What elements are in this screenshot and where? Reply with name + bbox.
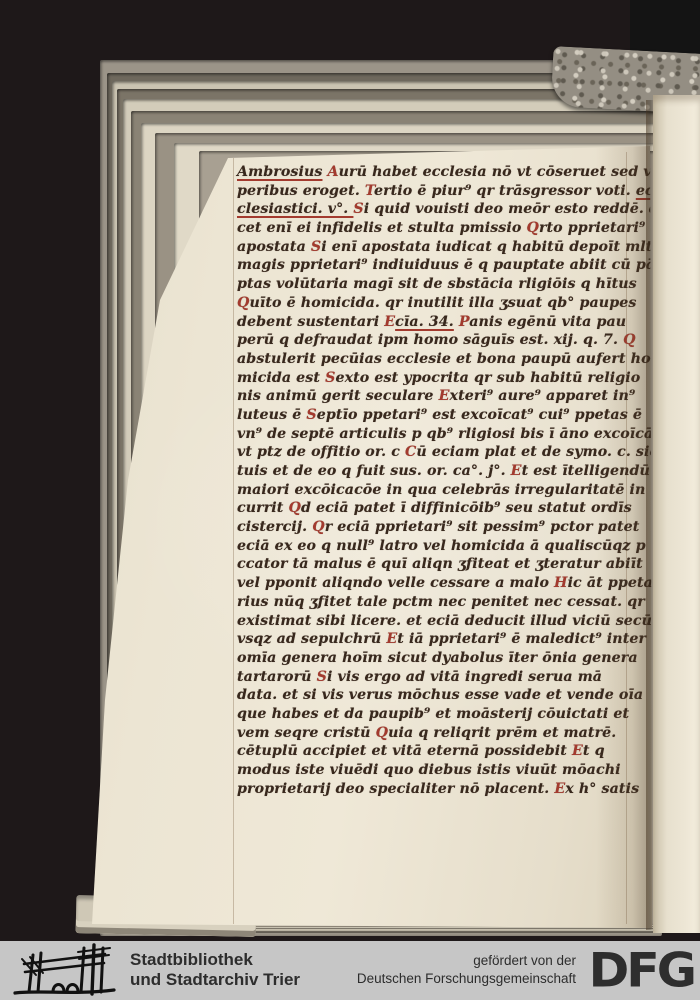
rubric-initial: Q bbox=[526, 220, 538, 236]
rubric-initial: S bbox=[306, 407, 316, 423]
manuscript-text: apostata bbox=[237, 239, 311, 255]
rubric-initial: E bbox=[554, 781, 565, 797]
manuscript-line: vem seqre cristū Quia q reliqrit prēm et… bbox=[237, 724, 627, 743]
manuscript-text: eciā ex eo q null⁹ latro vel homicida ā … bbox=[237, 538, 646, 554]
manuscript-text: data. et si vis verus mōchus esse vade e… bbox=[237, 687, 643, 703]
rubric-initial: S bbox=[311, 239, 321, 255]
facing-page-edge bbox=[653, 95, 700, 933]
funding-credit: gefördert von der Deutschen Forschungsge… bbox=[357, 952, 576, 988]
rubric-initial: E bbox=[572, 743, 583, 759]
manuscript-line: cistercij. Qr eciā pprietari⁹ sit pessim… bbox=[237, 518, 627, 537]
rubric-initial: S bbox=[325, 370, 335, 386]
manuscript-text: debent sustentari bbox=[237, 314, 384, 330]
library-name-line2: und Stadtarchiv Trier bbox=[130, 970, 300, 990]
manuscript-line: vt ptz de offitio or. c Cū eciam plat et… bbox=[237, 443, 627, 462]
manuscript-text: abstulerit pecūias ecclesie et bona paup… bbox=[237, 351, 651, 367]
library-name-line1: Stadtbibliothek bbox=[130, 950, 300, 970]
manuscript-line: cētuplū accipiet et vitā eternā possideb… bbox=[237, 742, 627, 761]
rubric-initial: E bbox=[384, 314, 395, 330]
manuscript-line: micida est Sexto est ypocrita qr sub hab… bbox=[237, 369, 627, 388]
ruling-line-left bbox=[233, 158, 234, 924]
rubric-initial: Q bbox=[237, 295, 249, 311]
rubric-initial: S bbox=[317, 669, 327, 685]
manuscript-line: Quīto ē homicida. qr inutilit illa ʒsuat… bbox=[237, 294, 627, 313]
manuscript-line: maiori excōicacōe in qua celebrās irregu… bbox=[237, 481, 627, 500]
rubric-initial: Q bbox=[289, 500, 301, 516]
porta-nigra-sketch-logo bbox=[12, 942, 118, 999]
manuscript-text: vel pponit aliqndo velle cessare a malo bbox=[237, 575, 554, 591]
manuscript-text: micida est bbox=[237, 370, 325, 386]
library-name: Stadtbibliothek und Stadtarchiv Trier bbox=[130, 950, 300, 990]
rubric-initial: Q bbox=[312, 519, 324, 535]
manuscript-text: cētuplū accipiet et vitā eternā possideb… bbox=[237, 743, 572, 759]
manuscript-line: proprietarij deo specialiter nō placent.… bbox=[237, 780, 627, 799]
manuscript-line: vsqz ad sepulchrū Et iā pprietari⁹ ē mal… bbox=[237, 630, 627, 649]
manuscript-line: tartarorū Si vis ergo ad vitā ingredi se… bbox=[237, 668, 627, 687]
manuscript-text: peribus eroget. bbox=[237, 183, 365, 199]
manuscript-line: ccator tā malus ē quī aliqn ʒfiteat et ʒ… bbox=[237, 555, 627, 574]
manuscript-text: r eciā pprietari⁹ sit pessim⁹ pctor pate… bbox=[325, 519, 640, 535]
manuscript-line: cet enī ei infidelis et stulta pmissio Q… bbox=[237, 219, 627, 238]
manuscript-text: luteus ē bbox=[237, 407, 306, 423]
manuscript-text: maiori excōicacōe in qua celebrās irregu… bbox=[237, 482, 645, 498]
photo-background-corner bbox=[630, 0, 700, 56]
rubric-initial: T bbox=[365, 183, 374, 199]
manuscript-line: magis pprietari⁹ indiuiduus ē q pauptate… bbox=[237, 256, 627, 275]
manuscript-line: peribus eroget. Tertio ē piur⁹ qr trāsgr… bbox=[237, 182, 627, 201]
manuscript-text: uia q reliqrit prēm et matrē. bbox=[388, 725, 616, 741]
rubric-initial: S bbox=[353, 201, 363, 217]
manuscript-scan-photo: 120 Ambrosius Aurū habet ecclesia nō vt … bbox=[0, 0, 700, 1000]
manuscript-text: proprietarij deo specialiter nō placent. bbox=[237, 781, 554, 797]
rubric-initial: C bbox=[405, 444, 416, 460]
manuscript-text: que habes et da paupib⁹ et moāsterij cōu… bbox=[237, 706, 629, 722]
rubric-initial: P bbox=[459, 314, 469, 330]
manuscript-text: modus iste viuēdi quo diebus istis viuūt… bbox=[237, 762, 621, 778]
manuscript-text: exto est ypocrita qr sub habitū religio bbox=[335, 370, 640, 386]
manuscript-line: vel pponit aliqndo velle cessare a malo … bbox=[237, 574, 627, 593]
rubric-underlined-text: cīa. 34. bbox=[395, 314, 454, 330]
footer-banner: Stadtbibliothek und Stadtarchiv Trier ge… bbox=[0, 941, 700, 1000]
rubric-initial: E bbox=[439, 388, 450, 404]
dfg-logo: DFG bbox=[589, 942, 694, 999]
manuscript-line: nis animū gerit seculare Exteri⁹ aure⁹ a… bbox=[237, 387, 627, 406]
manuscript-text: d eciā patet ī diffinicōib⁹ seu statut o… bbox=[301, 500, 632, 516]
rubric-initial: H bbox=[554, 575, 568, 591]
manuscript-text: ccator tā malus ē quī aliqn ʒfiteat et ʒ… bbox=[237, 556, 643, 572]
rubric-underlined-text: Ambrosius bbox=[237, 164, 322, 180]
manuscript-text: vsqz ad sepulchrū bbox=[237, 631, 386, 647]
manuscript-text: vt ptz de offitio or. c bbox=[237, 444, 405, 460]
manuscript-line: omīa genera hoīm sicut dyabolus īter ōni… bbox=[237, 649, 627, 668]
manuscript-line: perū q defraudat ipm homo sāguīs est. xi… bbox=[237, 331, 627, 350]
gutter-shadow bbox=[596, 140, 652, 930]
rubric-initial: A bbox=[328, 164, 339, 180]
manuscript-line: apostata Si enī apostata iudicat q habit… bbox=[237, 238, 627, 257]
manuscript-line: currit Qd eciā patet ī diffinicōib⁹ seu … bbox=[237, 499, 627, 518]
manuscript-line: rius nūq ʒfitet tale pctm nec penitet ne… bbox=[237, 593, 627, 612]
manuscript-text: vem seqre cristū bbox=[237, 725, 376, 741]
manuscript-text: eptīo ppetari⁹ est excoīcat⁹ cui⁹ ppetas… bbox=[317, 407, 642, 423]
manuscript-text: cistercij. bbox=[237, 519, 312, 535]
manuscript-line: modus iste viuēdi quo diebus istis viuūt… bbox=[237, 761, 627, 780]
rubric-initial: E bbox=[386, 631, 397, 647]
rubric-underlined-text: clesiastici. v°. bbox=[237, 201, 353, 217]
manuscript-line: ptas volūtaria magī sit de sbstācia rlig… bbox=[237, 275, 627, 294]
manuscript-text: perū q defraudat ipm homo sāguīs est. xi… bbox=[237, 332, 623, 348]
manuscript-line: tuis et de eo q fuit sus. or. ca°. j°. E… bbox=[237, 462, 627, 481]
manuscript-text: magis pprietari⁹ indiuiduus ē q pauptate… bbox=[237, 257, 655, 273]
manuscript-line: Ambrosius Aurū habet ecclesia nō vt cōse… bbox=[237, 163, 627, 182]
manuscript-text: nis animū gerit seculare bbox=[237, 388, 439, 404]
manuscript-line: data. et si vis verus mōchus esse vade e… bbox=[237, 686, 627, 705]
manuscript-text: i vis ergo ad vitā ingredi serua mā bbox=[327, 669, 602, 685]
rubric-initial: E bbox=[511, 463, 522, 479]
rubric-initial: Q bbox=[376, 725, 388, 741]
manuscript-text: tartarorū bbox=[237, 669, 317, 685]
gutter-fold bbox=[646, 100, 653, 930]
funding-credit-line2: Deutschen Forschungsgemeinschaft bbox=[357, 970, 576, 988]
manuscript-line: eciā ex eo q null⁹ latro vel homicida ā … bbox=[237, 537, 627, 556]
manuscript-line: abstulerit pecūias ecclesie et bona paup… bbox=[237, 350, 627, 369]
manuscript-text: cet enī ei infidelis et stulta pmissio bbox=[237, 220, 526, 236]
manuscript-text: uīto ē homicida. qr inutilit illa ʒsuat … bbox=[249, 295, 636, 311]
manuscript-line: debent sustentari Ecīa. 34. Panis egēnū … bbox=[237, 313, 627, 332]
manuscript-text: rius nūq ʒfitet tale pctm nec penitet ne… bbox=[237, 594, 645, 610]
manuscript-text: ptas volūtaria magī sit de sbstācia rlig… bbox=[237, 276, 637, 292]
text-block: Ambrosius Aurū habet ecclesia nō vt cōse… bbox=[237, 163, 627, 798]
manuscript-text: currit bbox=[237, 500, 289, 516]
funding-credit-line1: gefördert von der bbox=[357, 952, 576, 970]
manuscript-text: tuis et de eo q fuit sus. or. ca°. j°. bbox=[237, 463, 511, 479]
manuscript-text: omīa genera hoīm sicut dyabolus īter ōni… bbox=[237, 650, 638, 666]
manuscript-line: que habes et da paupib⁹ et moāsterij cōu… bbox=[237, 705, 627, 724]
manuscript-line: vn⁹ de septē articulis p qb⁹ rligiosi bi… bbox=[237, 425, 627, 444]
manuscript-line: luteus ē Septīo ppetari⁹ est excoīcat⁹ c… bbox=[237, 406, 627, 425]
manuscript-text: existimat sibi licere. et eciā deducit i… bbox=[237, 613, 652, 629]
manuscript-line: existimat sibi licere. et eciā deducit i… bbox=[237, 612, 627, 631]
manuscript-line: clesiastici. v°. Si quid vouisti deo meō… bbox=[237, 200, 627, 219]
